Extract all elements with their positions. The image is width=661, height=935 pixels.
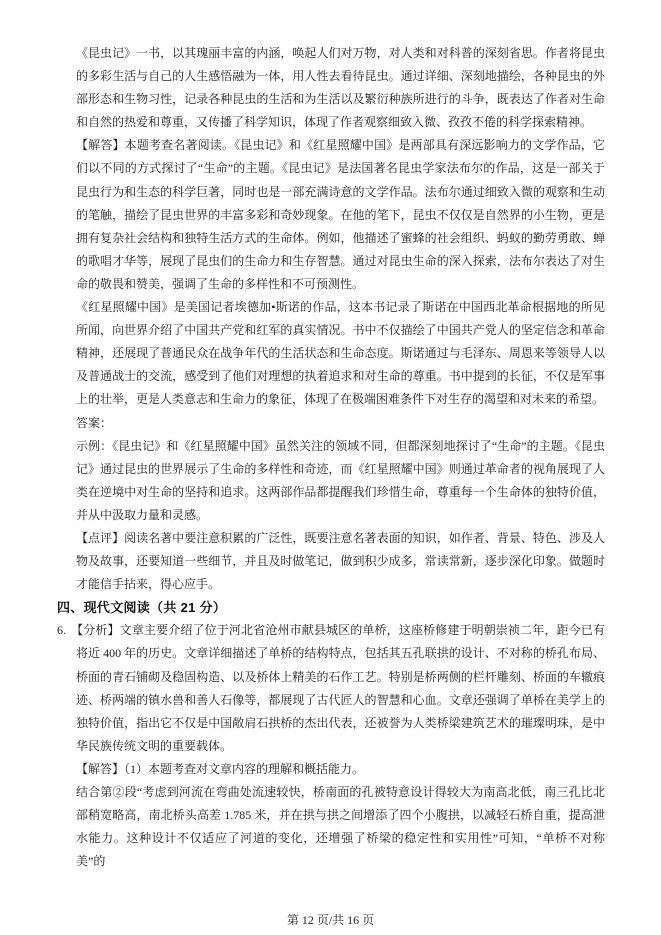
question6-block: 6.【分析】文章主要介绍了位于河北省沧州市献县城区的单桥，这座桥修建于明朝崇祯二… <box>76 619 605 873</box>
question6-analysis-paragraph: 6.【分析】文章主要介绍了位于河北省沧州市献县城区的单桥，这座桥修建于明朝崇祯二… <box>76 619 605 758</box>
answer-paragraph-jieda: 【解答】本题考查名著阅读。《昆虫记》和《红星照耀中国》是两部具有深远影响力的文学… <box>76 134 605 296</box>
question6-jieda-paragraph: 【解答】（1）本题考查对文章内容的理解和概括能力。 <box>76 758 605 781</box>
page-footer: 第 12 页/共 16 页 <box>0 912 661 928</box>
section-heading-modern-text-reading: 四、现代文阅读（共 21 分） <box>57 596 605 619</box>
answer-paragraph-shili: 示例：《昆虫记》和《红星照耀中国》虽然关注的领域不同，但都深刻地探讨了“生命”的… <box>76 435 605 527</box>
page-indicator: 第 12 页/共 16 页 <box>287 913 374 927</box>
answer-paragraph-dianping: 【点评】阅读名著中要注意积累的广泛性，既要注意名著表面的知识，如作者、背景、特色… <box>76 527 605 596</box>
answer-paragraph-kunchongji: 《昆虫记》一书，以其瑰丽丰富的内涵，唤起人们对万物，对人类和对科普的深刻省思。作… <box>76 42 605 134</box>
document-body: 《昆虫记》一书，以其瑰丽丰富的内涵，唤起人们对万物，对人类和对科普的深刻省思。作… <box>76 42 605 873</box>
question6-quote-paragraph: 结合第②段“考虑到河流在弯曲处流速较快，桥南面的孔被特意设计得较大为南高北低，南… <box>76 781 605 873</box>
answer-paragraph-hongxing: 《红星照耀中国》是美国记者埃德加•斯诺的作品，这本书记录了斯诺在中国西北革命根据… <box>76 296 605 411</box>
question5-answer-block: 《昆虫记》一书，以其瑰丽丰富的内涵，唤起人们对万物，对人类和对科普的深刻省思。作… <box>76 42 605 596</box>
question6-analysis-text: 【分析】文章主要介绍了位于河北省沧州市献县城区的单桥，这座桥修建于明朝崇祯二年，… <box>71 623 605 752</box>
answer-label: 答案： <box>76 412 605 435</box>
question6-number: 6. <box>57 623 66 637</box>
